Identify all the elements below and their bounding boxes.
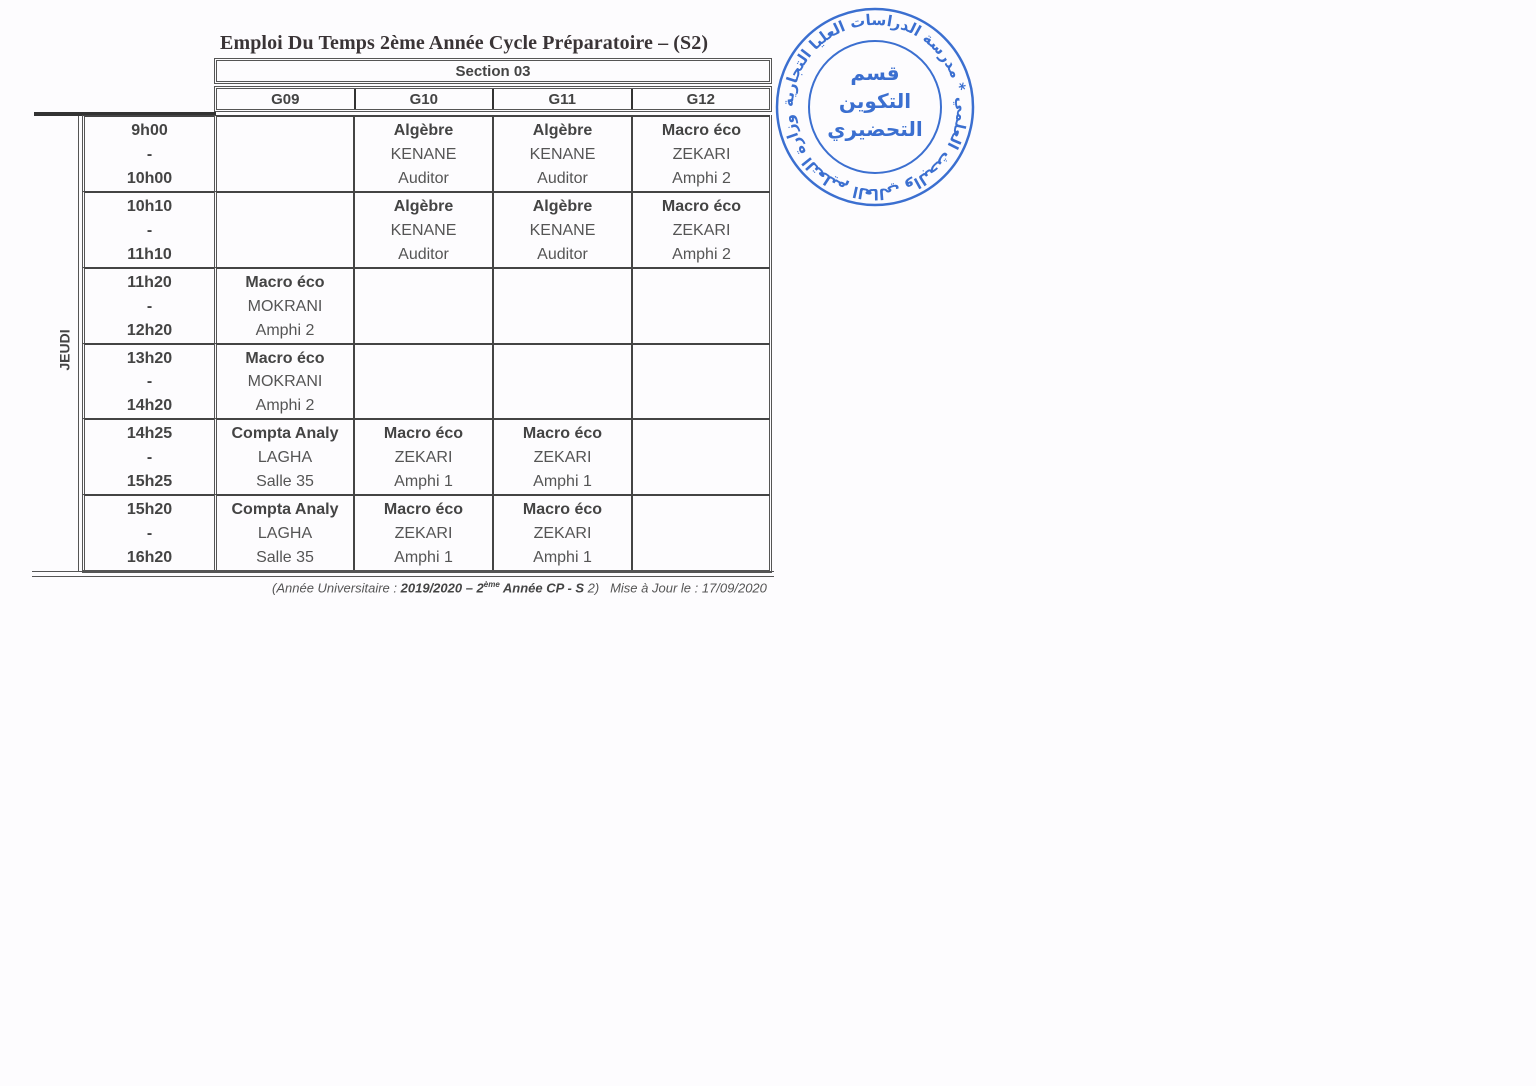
time-start: 11h20 xyxy=(127,272,171,294)
class-teacher: KENANE xyxy=(391,144,457,166)
class-subject: Algèbre xyxy=(533,120,593,142)
class-teacher: LAGHA xyxy=(258,523,312,545)
footer-level: Année CP - S xyxy=(500,580,584,595)
footer-suffix: 2) xyxy=(584,580,599,595)
class-cell: AlgèbreKENANEAuditor xyxy=(353,191,492,267)
empty-cell xyxy=(631,418,770,494)
empty-cell xyxy=(631,343,770,419)
empty-cell xyxy=(353,343,492,419)
time-start: 9h00 xyxy=(131,120,167,142)
time-slot: 14h25-15h25 xyxy=(82,418,214,494)
class-teacher: MOKRANI xyxy=(248,371,323,393)
class-subject: Macro éco xyxy=(245,272,324,294)
day-label-text: JEUDI xyxy=(57,329,73,370)
day-label: JEUDI xyxy=(50,330,80,370)
bottom-rule-divider xyxy=(32,571,774,577)
class-teacher: ZEKARI xyxy=(534,523,592,545)
class-teacher: KENANE xyxy=(530,144,596,166)
class-room: Auditor xyxy=(398,168,449,190)
group-header-g09: G09 xyxy=(217,89,354,109)
time-sep: - xyxy=(147,296,152,318)
class-cell: Compta AnalyLAGHASalle 35 xyxy=(214,418,353,494)
empty-cell xyxy=(631,494,770,570)
class-subject: Macro éco xyxy=(384,423,463,445)
class-subject: Macro éco xyxy=(523,499,602,521)
time-slot: 15h20-16h20 xyxy=(82,494,214,570)
class-room: Auditor xyxy=(537,168,588,190)
class-cell: Compta AnalyLAGHASalle 35 xyxy=(214,494,353,570)
class-room: Amphi 2 xyxy=(256,395,315,417)
class-subject: Macro éco xyxy=(384,499,463,521)
class-room: Auditor xyxy=(398,244,449,266)
empty-cell xyxy=(214,115,353,191)
official-stamp: وزارة التعليم العالي والبحث العلمي * مدر… xyxy=(773,5,978,210)
group-header-g11: G11 xyxy=(492,89,631,109)
time-sep: - xyxy=(147,144,152,166)
class-cell: Macro écoMOKRANIAmphi 2 xyxy=(214,267,353,343)
class-subject: Macro éco xyxy=(245,348,324,370)
class-cell: Macro écoZEKARIAmphi 2 xyxy=(631,191,770,267)
time-end: 10h00 xyxy=(127,168,172,190)
group-header-row: G09 G10 G11 G12 xyxy=(214,86,772,112)
class-cell: Macro écoZEKARIAmphi 1 xyxy=(353,494,492,570)
class-subject: Macro éco xyxy=(662,196,741,218)
footer-sup: ème xyxy=(484,580,500,589)
class-subject: Compta Analy xyxy=(232,423,339,445)
class-cell: AlgèbreKENANEAuditor xyxy=(353,115,492,191)
class-room: Amphi 1 xyxy=(533,471,592,493)
empty-cell xyxy=(353,267,492,343)
time-sep: - xyxy=(147,371,152,393)
svg-text:التحضيري: التحضيري xyxy=(827,117,923,142)
time-slot: 10h10-11h10 xyxy=(82,191,214,267)
class-room: Salle 35 xyxy=(256,547,314,569)
time-sep: - xyxy=(147,523,152,545)
class-cell: Macro écoZEKARIAmphi 2 xyxy=(631,115,770,191)
time-end: 16h20 xyxy=(127,547,172,569)
class-teacher: ZEKARI xyxy=(673,220,731,242)
class-cell: AlgèbreKENANEAuditor xyxy=(492,191,631,267)
class-room: Amphi 1 xyxy=(533,547,592,569)
time-sep: - xyxy=(147,447,152,469)
svg-text:التكوين: التكوين xyxy=(839,89,911,113)
class-room: Amphi 1 xyxy=(394,547,453,569)
empty-cell xyxy=(631,267,770,343)
class-room: Auditor xyxy=(537,244,588,266)
time-slot: 11h20-12h20 xyxy=(82,267,214,343)
class-room: Amphi 1 xyxy=(394,471,453,493)
class-subject: Algèbre xyxy=(394,196,454,218)
class-room: Salle 35 xyxy=(256,471,314,493)
class-subject: Macro éco xyxy=(523,423,602,445)
footer-note: (Année Universitaire : 2019/2020 – 2ème … xyxy=(272,580,767,595)
class-cell: Macro écoZEKARIAmphi 1 xyxy=(353,418,492,494)
footer-prefix: (Année Universitaire : xyxy=(272,580,401,595)
svg-text:قسم: قسم xyxy=(850,61,899,85)
class-subject: Compta Analy xyxy=(232,499,339,521)
time-end: 11h10 xyxy=(127,244,171,266)
schedule-grid: 9h00-10h00AlgèbreKENANEAuditorAlgèbreKEN… xyxy=(82,115,772,573)
stamp-seal-icon: وزارة التعليم العالي والبحث العلمي * مدر… xyxy=(773,5,978,210)
class-cell: Macro écoZEKARIAmphi 1 xyxy=(492,418,631,494)
class-cell: AlgèbreKENANEAuditor xyxy=(492,115,631,191)
class-subject: Algèbre xyxy=(394,120,454,142)
class-teacher: ZEKARI xyxy=(395,523,453,545)
class-teacher: MOKRANI xyxy=(248,296,323,318)
class-teacher: KENANE xyxy=(530,220,596,242)
class-teacher: KENANE xyxy=(391,220,457,242)
time-start: 15h20 xyxy=(127,499,172,521)
schedule-header: Section 03 G09 G10 G11 G12 xyxy=(214,58,774,116)
footer-update: Mise à Jour le : 17/09/2020 xyxy=(610,580,767,595)
time-slot: 13h20-14h20 xyxy=(82,343,214,419)
group-header-g12: G12 xyxy=(631,89,770,109)
empty-cell xyxy=(214,191,353,267)
class-room: Amphi 2 xyxy=(672,244,731,266)
time-end: 14h20 xyxy=(127,395,172,417)
time-sep: - xyxy=(147,220,152,242)
time-end: 12h20 xyxy=(127,320,172,342)
group-header-g10: G10 xyxy=(354,89,493,109)
footer-year: 2019/2020 – 2 xyxy=(401,580,484,595)
class-teacher: LAGHA xyxy=(258,447,312,469)
class-teacher: ZEKARI xyxy=(534,447,592,469)
empty-cell xyxy=(492,343,631,419)
class-teacher: ZEKARI xyxy=(395,447,453,469)
time-start: 14h25 xyxy=(127,423,172,445)
time-start: 13h20 xyxy=(127,348,172,370)
time-slot: 9h00-10h00 xyxy=(82,115,214,191)
time-start: 10h10 xyxy=(127,196,172,218)
class-cell: Macro écoZEKARIAmphi 1 xyxy=(492,494,631,570)
class-subject: Algèbre xyxy=(533,196,593,218)
class-room: Amphi 2 xyxy=(256,320,315,342)
class-room: Amphi 2 xyxy=(672,168,731,190)
class-cell: Macro écoMOKRANIAmphi 2 xyxy=(214,343,353,419)
time-end: 15h25 xyxy=(127,471,172,493)
document-title: Emploi Du Temps 2ème Année Cycle Prépara… xyxy=(220,32,708,55)
class-teacher: ZEKARI xyxy=(673,144,731,166)
class-subject: Macro éco xyxy=(662,120,741,142)
empty-cell xyxy=(492,267,631,343)
section-label: Section 03 xyxy=(214,58,772,84)
